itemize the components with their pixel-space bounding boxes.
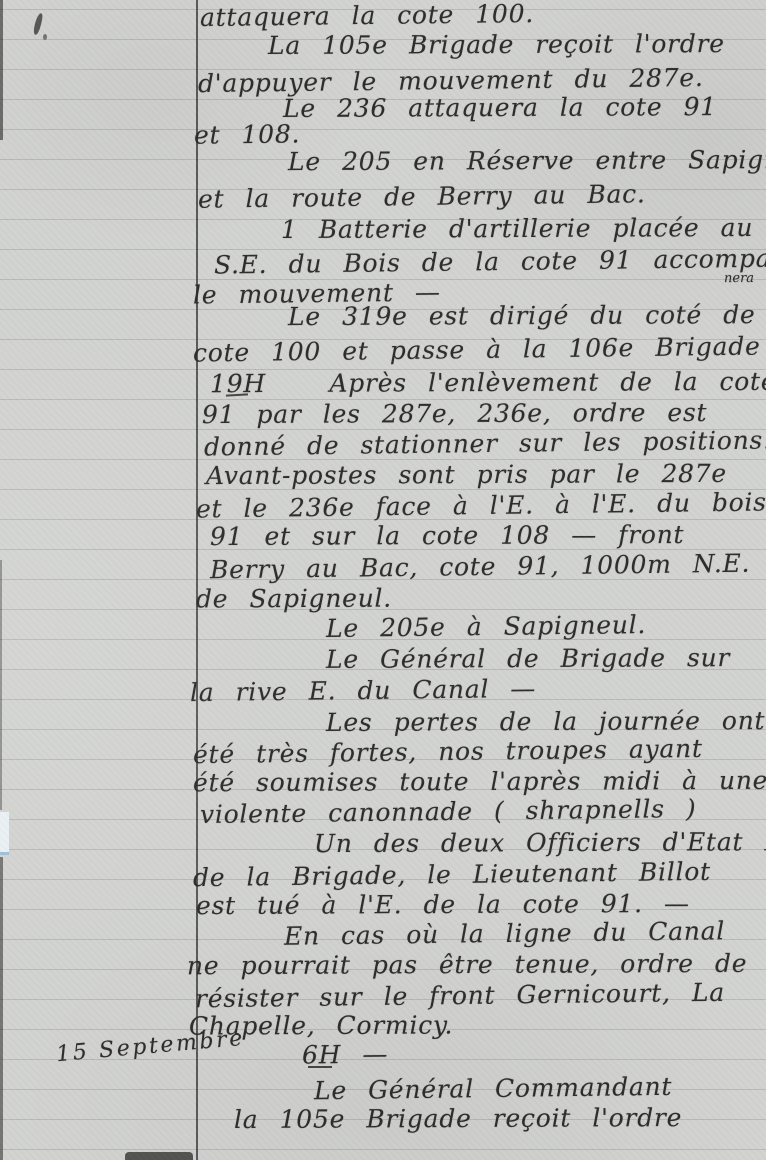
handwritten-line: Chapelle, Cormicy. xyxy=(189,1010,453,1041)
handwritten-line: Le 236 attaquera la cote 91 xyxy=(283,92,717,124)
handwritten-line: En cas où la ligne du Canal xyxy=(284,916,725,951)
handwritten-line: la rive E. du Canal — xyxy=(190,674,536,708)
handwritten-line: résister sur le front Gernicourt, La xyxy=(195,978,725,1014)
handwritten-line: cote 100 et passe à la 106e Brigade xyxy=(193,332,761,369)
handwritten-line: Avant-postes sont pris par le 287e xyxy=(206,459,727,491)
handwritten-line: donné de stationner sur les positions. xyxy=(204,426,766,463)
handwritten-line: Le Général de Brigade sur xyxy=(326,643,730,675)
hyphen-continuation: nera xyxy=(724,272,754,286)
scan-edge-lower-left xyxy=(0,857,3,1160)
handwritten-line: Le Général Commandant xyxy=(314,1072,673,1106)
handwritten-line: violente canonnade ( shrapnells ) xyxy=(200,794,697,830)
handwritten-line: 91 par les 287e, 236e, ordre est xyxy=(202,398,707,430)
scan-edge-top-left xyxy=(0,0,3,140)
handwritten-line: Le 205e à Sapigneul. xyxy=(326,610,646,644)
handwritten-line: Le 319e est dirigé du coté de la xyxy=(288,300,766,332)
handwritten-line: et 108. xyxy=(194,119,301,150)
scan-edge-bottom-smudge xyxy=(125,1152,193,1160)
scan-edge-mid-left xyxy=(0,560,2,810)
handwritten-line: été très fortes, nos troupes ayant xyxy=(193,734,703,770)
time-underline-6h xyxy=(308,1066,332,1068)
handwritten-line: et le 236e face à l'E. à l'E. du bois xyxy=(196,488,766,525)
handwritten-line: S.E. du Bois de la cote 91 accompag xyxy=(214,243,766,280)
diary-page: 15 Septembre attaquera la cote 100. La 1… xyxy=(0,0,766,1160)
handwritten-line-19h: 19H Après l'enlèvement de la cote xyxy=(210,367,766,399)
handwritten-line: de Sapigneul. xyxy=(196,584,392,615)
handwritten-line: de la Brigade, le Lieutenant Billot xyxy=(193,857,711,893)
handwritten-line: 1 Batterie d'artillerie placée au xyxy=(281,213,753,245)
handwritten-line: et la route de Berry au Bac. xyxy=(198,179,646,214)
handwritten-line: ne pourrait pas être tenue, ordre de xyxy=(187,949,747,981)
handwritten-line: attaquera la cote 100. xyxy=(200,0,534,33)
handwritten-line: Berry au Bac, cote 91, 1000m N.E. xyxy=(210,549,751,586)
handwritten-line: Le 205 en Réserve entre Sapigneul xyxy=(288,145,766,177)
scan-edge-white-patch xyxy=(0,812,9,855)
ink-dot xyxy=(43,34,47,40)
handwritten-line: Un des deux Officiers d'Etat Major xyxy=(314,827,766,859)
handwritten-line: la 105e Brigade reçoit l'ordre xyxy=(234,1103,682,1135)
handwritten-line: est tué à l'E. de la cote 91. — xyxy=(196,889,690,921)
handwritten-line: La 105e Brigade reçoit l'ordre xyxy=(268,29,725,61)
handwritten-line: 91 et sur la cote 108 — front xyxy=(210,520,684,552)
ink-blot xyxy=(32,13,43,36)
